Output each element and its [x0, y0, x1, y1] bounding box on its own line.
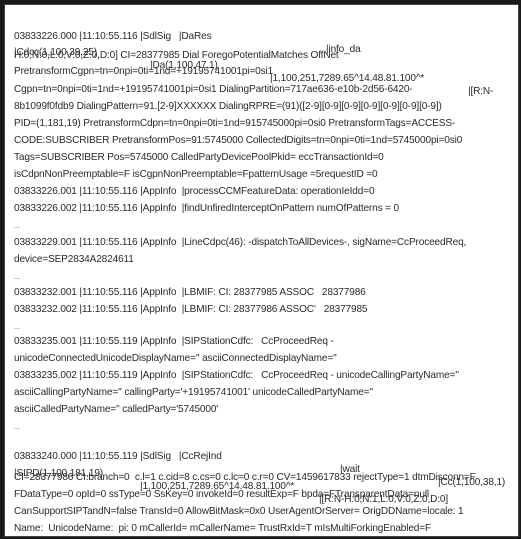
log-line: device=SEP2834A2824611	[14, 253, 134, 266]
log-separator: ...	[14, 420, 20, 433]
log-line: 03833226.001 |11:10:55.116 |AppInfo |pro…	[14, 185, 374, 198]
log-line: 8b1099f0fdb9 DialingPattern=91.[2-9]XXXX…	[14, 100, 442, 113]
log-separator: ...	[14, 320, 20, 333]
log-line: CI=28377986 CI.branch=0 c.l=1 c.cid=8 c.…	[14, 471, 476, 484]
log-line: PretransformCgpn=tn=0npi=0ti=1nd=+191957…	[14, 65, 273, 78]
log-line: CODE:SUBSCRIBER PretransformPos=91:57450…	[14, 134, 462, 147]
log-line: FDataType=0 opId=0 ssType=0 SsKey=0 invo…	[14, 488, 429, 501]
log-line: isCdpnNonPreemptable=F isCgpnNonPreempta…	[14, 168, 377, 181]
log-panel: 03833226.000 |11:10:55.116 |SdlSig |DaRe…	[4, 4, 519, 537]
log-line: Name: UnicodeName: pi: 0 mCallerId= mCal…	[14, 522, 431, 535]
log-text: 03833226.000 |11:10:55.116 |SdlSig |DaRe…	[14, 30, 211, 43]
log-separator: ...	[14, 270, 20, 283]
log-line: asciiCallingPartyName='' callingParty='+…	[14, 386, 373, 399]
log-line: unicodeConnectedUnicodeDisplayName='' as…	[14, 352, 337, 365]
log-text-area: 03833226.000 |11:10:55.116 |SdlSig |DaRe…	[5, 5, 518, 536]
log-line: 03833235.002 |11:10:55.119 |AppInfo |SIP…	[14, 369, 459, 382]
log-separator: ...	[14, 219, 20, 232]
log-line: asciiCalledPartyName='' calledParty='574…	[14, 403, 218, 416]
log-line: 03833232.001 |11:10:55.116 |AppInfo |LBM…	[14, 286, 366, 299]
log-text: |[R:N-	[468, 85, 493, 98]
log-line: 03833232.002 |11:10:55.116 |AppInfo |LBM…	[14, 303, 367, 316]
log-line: 03833229.001 |11:10:55.116 |AppInfo |Lin…	[14, 236, 466, 249]
log-line: 03833235.001 |11:10:55.119 |AppInfo |SIP…	[14, 335, 334, 348]
log-line: Cgpn=tn=0npi=0ti=1nd=+19195741001pi=0si1…	[14, 83, 413, 96]
log-line: CanSupportSIPTandN=false TransId=0 Allow…	[14, 505, 463, 518]
log-line: Tags=SUBSCRIBER Pos=5745000 CalledPartyD…	[14, 151, 384, 164]
log-line: PID=(1,181,19) PretransformCdpn=tn=0npi=…	[14, 117, 455, 130]
log-text: 03833240.000 |11:10:55.119 |SdlSig |CcRe…	[14, 450, 222, 463]
log-line: H:0,N:0,L:0,V:0,Z:0,D:0] CI=28377985 Dia…	[14, 49, 339, 62]
log-line: 03833226.002 |11:10:55.116 |AppInfo |fin…	[14, 202, 399, 215]
